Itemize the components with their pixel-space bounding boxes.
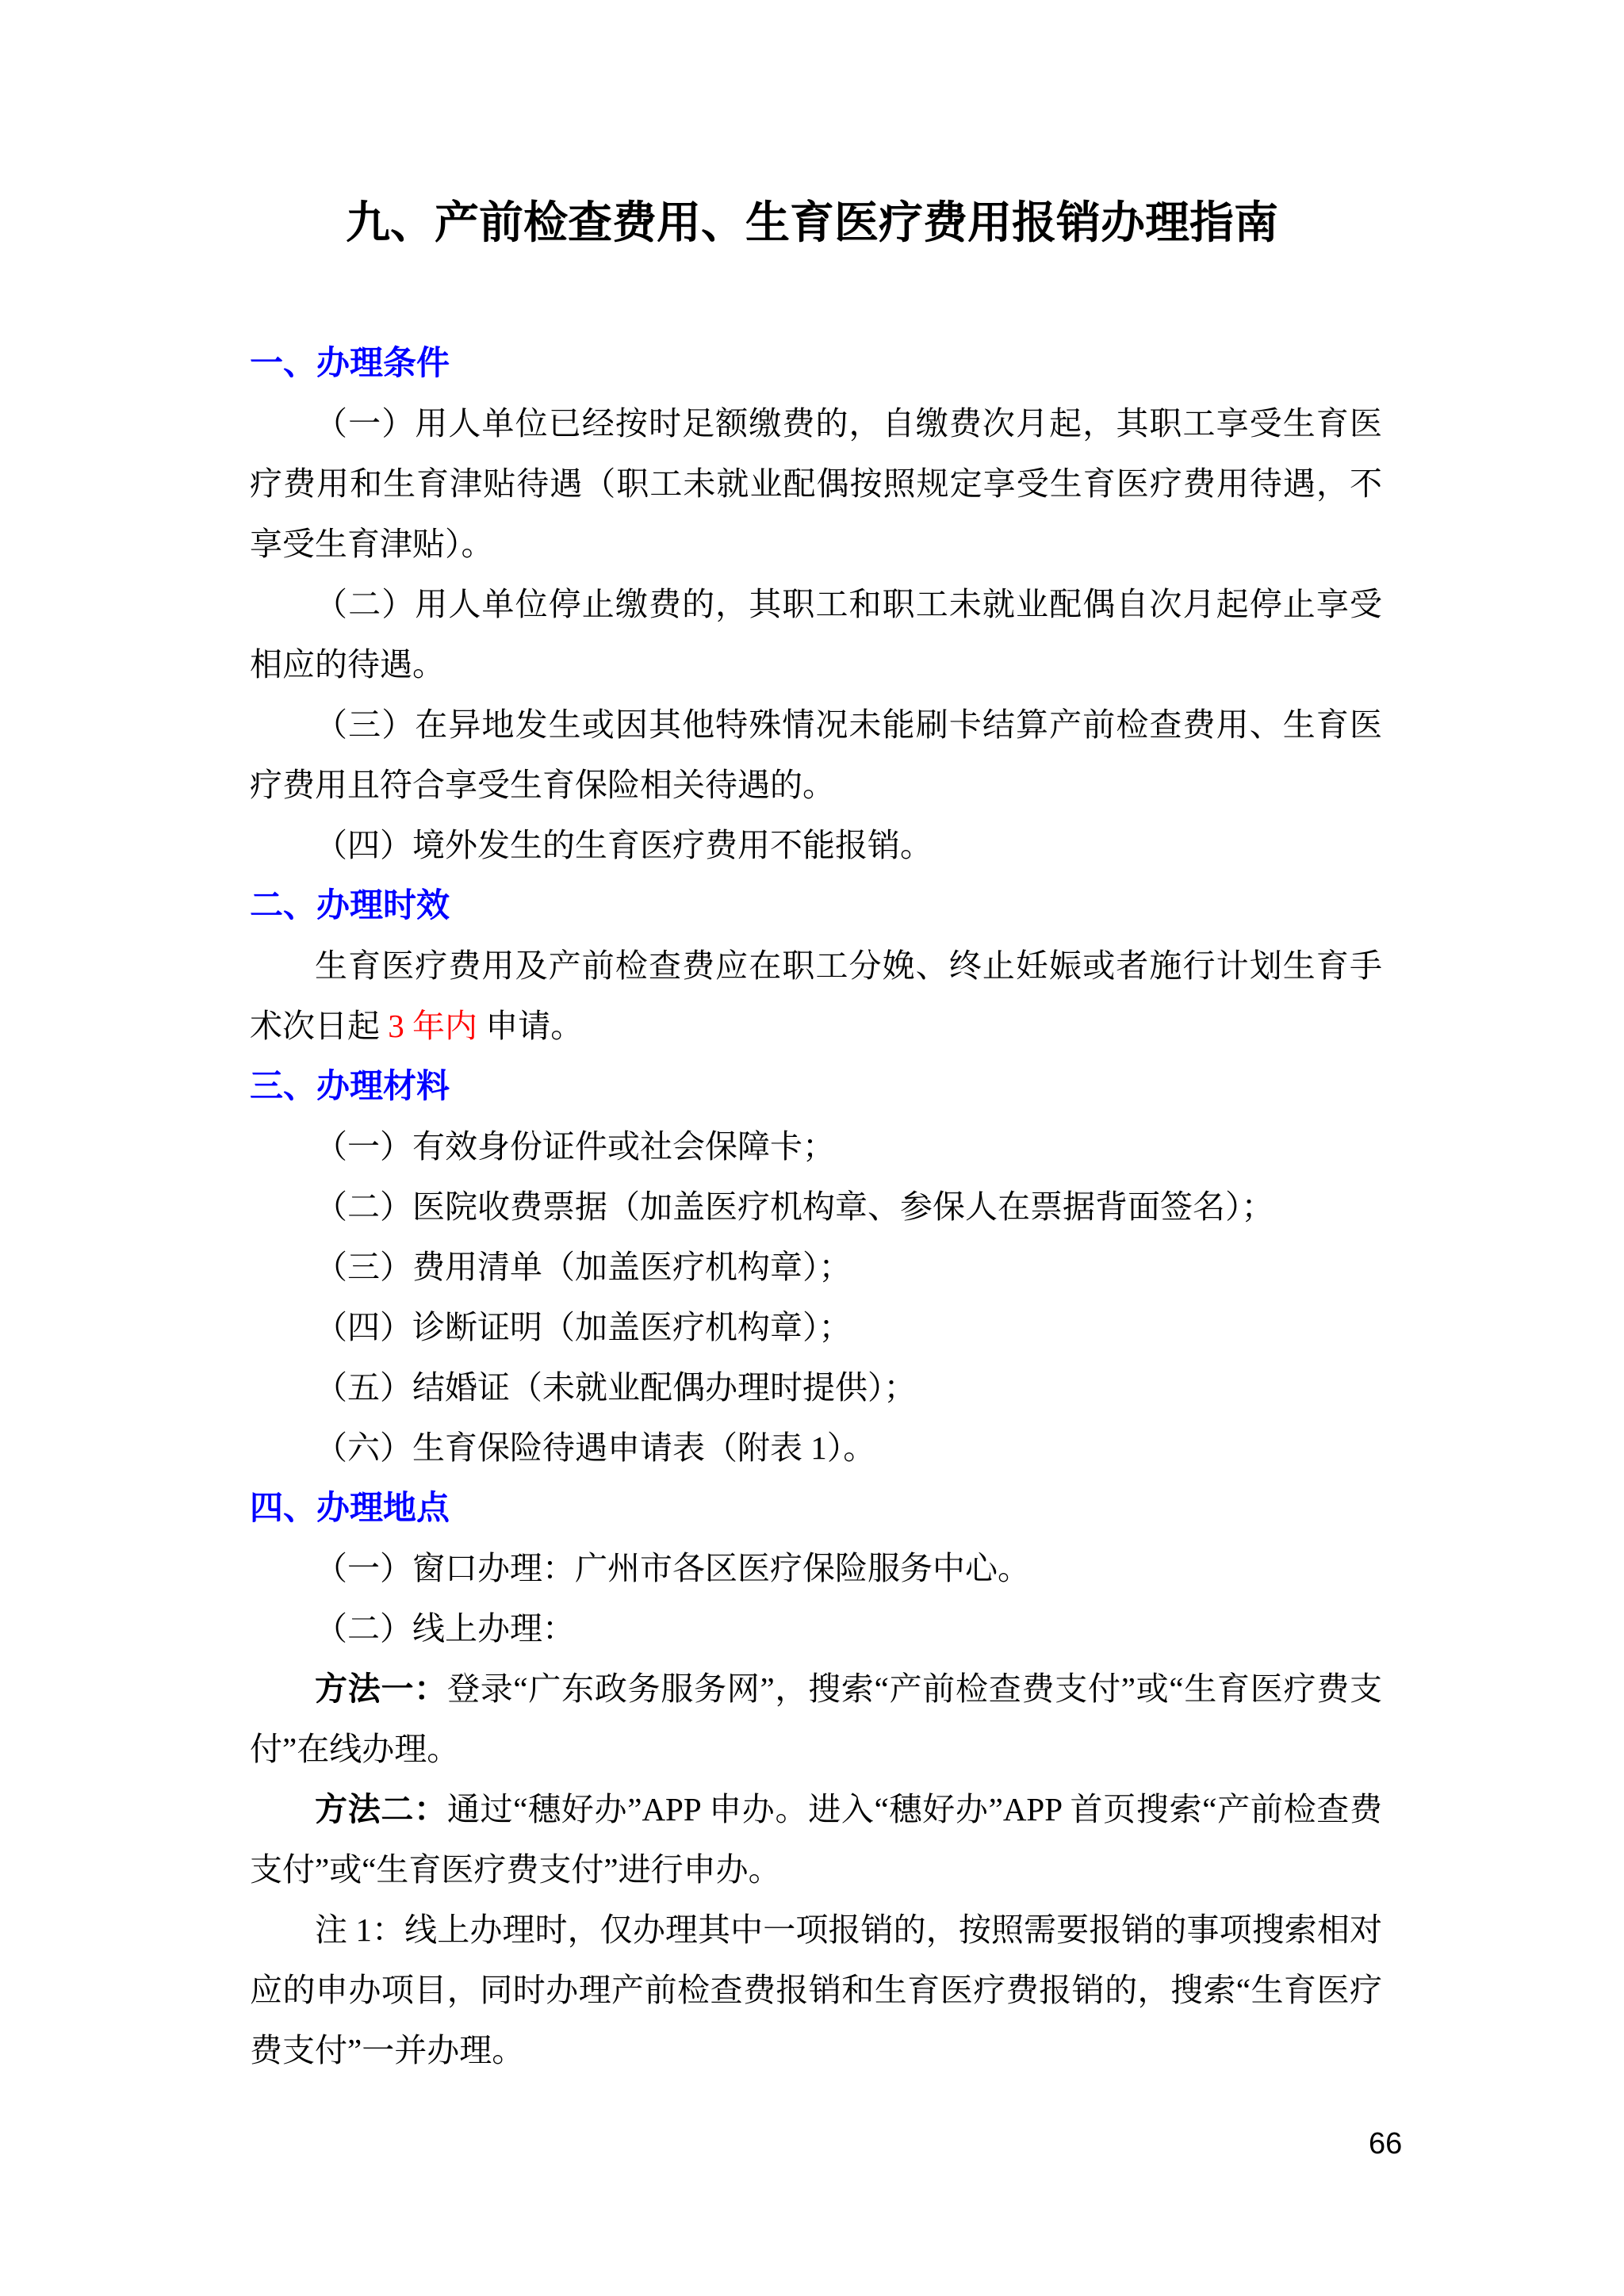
text-run: （二）医院收费票据（加盖医疗机构章、参保人在票据背面签名）；	[315, 1188, 1274, 1225]
section-heading: 一、办理条件	[250, 333, 1382, 393]
text-run: （三）费用清单（加盖医疗机构章）；	[315, 1249, 852, 1285]
text-run: （二）线上办理：	[315, 1610, 575, 1647]
paragraph: 方法一：登录“广东政务服务网”，搜索“产前检查费支付”或“生育医疗费支付”在线办…	[250, 1659, 1382, 1779]
text-run: （六）生育保险待遇申请表（附表 1）。	[315, 1429, 875, 1466]
text-run: （一）有效身份证件或社会保障卡；	[315, 1128, 835, 1165]
paragraph: （一）窗口办理：广州市各区医疗保险服务中心。	[250, 1538, 1382, 1598]
text-run: （四）诊断证明（加盖医疗机构章）；	[315, 1309, 852, 1345]
page-number: 66	[1369, 2126, 1402, 2161]
paragraph: （二）用人单位停止缴费的，其职工和职工未就业配偶自次月起停止享受相应的待遇。	[250, 574, 1382, 695]
paragraph: 注 1：线上办理时，仅办理其中一项报销的，按照需要报销的事项搜索相对应的申办项目…	[250, 1900, 1382, 2080]
text-run: 申请。	[477, 1008, 583, 1044]
text-run: 注 1：线上办理时，仅办理其中一项报销的，按照需要报销的事项搜索相对应的申办项目…	[250, 1911, 1382, 2068]
section-heading: 三、办理材料	[250, 1056, 1382, 1116]
paragraph: （二）医院收费票据（加盖医疗机构章、参保人在票据背面签名）；	[250, 1177, 1382, 1237]
text-run: （一）用人单位已经按时足额缴费的，自缴费次月起，其职工享受生育医疗费用和生育津贴…	[250, 405, 1382, 562]
paragraph: （四）诊断证明（加盖医疗机构章）；	[250, 1297, 1382, 1357]
paragraph: 方法二：通过“穗好办”APP 申办。进入“穗好办”APP 首页搜索“产前检查费支…	[250, 1779, 1382, 1900]
text-run: （二）用人单位停止缴费的，其职工和职工未就业配偶自次月起停止享受相应的待遇。	[250, 586, 1382, 683]
section-heading: 二、办理时效	[250, 875, 1382, 936]
paragraph: （五）结婚证（未就业配偶办理时提供）；	[250, 1357, 1382, 1418]
section-heading: 四、办理地点	[250, 1478, 1382, 1538]
text-run-bold: 方法一：	[315, 1670, 447, 1707]
text-run: （一）窗口办理：广州市各区医疗保险服务中心。	[315, 1550, 1030, 1586]
document-body: 一、办理条件（一）用人单位已经按时足额缴费的，自缴费次月起，其职工享受生育医疗费…	[250, 333, 1382, 2080]
document-page: 九、产前检查费用、生育医疗费用报销办理指南 一、办理条件（一）用人单位已经按时足…	[0, 0, 1624, 2296]
paragraph: （四）境外发生的生育医疗费用不能报销。	[250, 815, 1382, 875]
paragraph: （三）费用清单（加盖医疗机构章）；	[250, 1237, 1382, 1297]
paragraph: （三）在异地发生或因其他特殊情况未能刷卡结算产前检查费用、生育医疗费用且符合享受…	[250, 695, 1382, 815]
text-run-red: 3 年内	[388, 1008, 477, 1044]
paragraph: （六）生育保险待遇申请表（附表 1）。	[250, 1418, 1382, 1478]
document-title: 九、产前检查费用、生育医疗费用报销办理指南	[0, 195, 1624, 251]
paragraph: （一）有效身份证件或社会保障卡；	[250, 1116, 1382, 1177]
text-run-bold: 方法二：	[315, 1791, 447, 1827]
paragraph: （二）线上办理：	[250, 1598, 1382, 1659]
paragraph: 生育医疗费用及产前检查费应在职工分娩、终止妊娠或者施行计划生育手术次日起 3 年…	[250, 936, 1382, 1056]
text-run: （三）在异地发生或因其他特殊情况未能刷卡结算产前检查费用、生育医疗费用且符合享受…	[250, 706, 1382, 803]
text-run: （四）境外发生的生育医疗费用不能报销。	[315, 827, 933, 863]
paragraph: （一）用人单位已经按时足额缴费的，自缴费次月起，其职工享受生育医疗费用和生育津贴…	[250, 393, 1382, 574]
text-run: （五）结婚证（未就业配偶办理时提供）；	[315, 1369, 917, 1406]
